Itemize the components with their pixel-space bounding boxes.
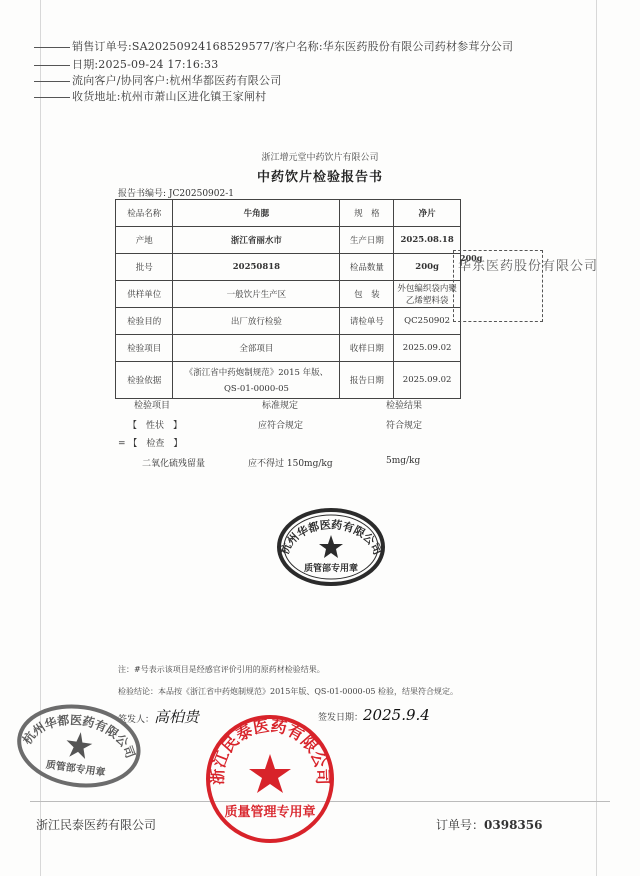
info-row: 检验项目全部项目收样日期2025.09.02 (116, 335, 461, 362)
result-item-result: 符合规定 (386, 418, 422, 431)
row-label: 检验依据 (116, 362, 173, 399)
date-line: 日期:2025-09-24 17:16:33 (34, 56, 218, 72)
row-value: 净片 (394, 200, 461, 227)
report-info-table: 检品名称牛角腮规 格净片产地浙江省丽水市生产日期2025.08.18批号2025… (115, 199, 461, 399)
info-row: 供样单位一般饮片生产区包 装外包编织袋内聚乙烯塑料袋 (116, 281, 461, 308)
row-label: 包 装 (340, 281, 394, 308)
scan-edge-right (596, 0, 597, 876)
huadu-quality-stamp: 杭州华都医药有限公司 质管部专用章 (275, 505, 387, 587)
row-value: 200g (394, 254, 461, 281)
row-value: 2025.08.18 (394, 227, 461, 254)
row-label: 报告日期 (340, 362, 394, 399)
issuer-signature: 高柏贵 (154, 708, 199, 726)
huadong-partial-stamp: 华东医药股份有限公司 (458, 255, 598, 274)
row-value: QC250902 (394, 308, 461, 335)
row-label: 规 格 (340, 200, 394, 227)
report-title: 中药饮片检验报告书 (0, 166, 640, 185)
conclusion-text: 检验结论：本品按《浙江省中药炮制规范》2015年版、QS-01-0000-05 … (118, 686, 458, 697)
row-label: 批号 (116, 254, 173, 281)
result-item-result: 5mg/kg (386, 456, 420, 466)
info-row: 产地浙江省丽水市生产日期2025.08.18 (116, 227, 461, 254)
results-header-item: 检验项目 (134, 398, 170, 411)
info-row: 检品名称牛角腮规 格净片 (116, 200, 461, 227)
row-label: 检验项目 (116, 335, 173, 362)
svg-text:质量管理专用章: 质量管理专用章 (224, 804, 315, 820)
row-label: 产地 (116, 227, 173, 254)
info-row: 批号20250818检品数量200g (116, 254, 461, 281)
row-value: 出厂放行检验 (173, 308, 340, 335)
result-item-standard: 应不得过 150mg/kg (248, 456, 333, 469)
address-line: 收货地址:杭州市萧山区进化镇王家闸村 (34, 88, 266, 104)
row-value: 一般饮片生产区 (173, 281, 340, 308)
info-row: 检验目的出厂放行检验请检单号QC250902 (116, 308, 461, 335)
row-value: 外包编织袋内聚乙烯塑料袋 (394, 281, 461, 308)
row-value: 20250818 (173, 254, 340, 281)
note-text: 注：#号表示该项目是经感官评价引用的原药材检验结果。 (118, 664, 325, 675)
row-value: 2025.09.02 (394, 335, 461, 362)
huadu-quality-stamp-left: 杭州华都医药有限公司 质管部专用章 (9, 693, 150, 796)
row-value: 牛角腮 (173, 200, 340, 227)
sales-order-line: 销售订单号:SA20250924168529577/客户名称:华东医药股份有限公… (34, 38, 513, 54)
footer-company: 浙江民泰医药有限公司 (36, 816, 156, 833)
row-label: 检品名称 (116, 200, 173, 227)
row-label: 生产日期 (340, 227, 394, 254)
svg-text:质管部专用章: 质管部专用章 (45, 758, 106, 779)
results-header-standard: 标准规定 (262, 398, 298, 411)
result-item-name: 【 性状 】 (128, 418, 182, 431)
row-label: 检验目的 (116, 308, 173, 335)
report-number: 报告书编号: JC20250902-1 (118, 186, 234, 199)
issuing-company: 浙江增元堂中药饮片有限公司 (0, 150, 640, 163)
svg-text:质管部专用章: 质管部专用章 (304, 562, 358, 574)
row-value: 全部项目 (173, 335, 340, 362)
row-label: 供样单位 (116, 281, 173, 308)
results-header-result: 检验结果 (386, 398, 422, 411)
row-label: 请检单号 (340, 308, 394, 335)
row-label: 收样日期 (340, 335, 394, 362)
footer-order: 订单号：0398356 (436, 816, 542, 833)
customer-line: 流向客户/协同客户:杭州华都医药有限公司 (34, 72, 281, 88)
issue-date-handwritten: 2025.9.4 (363, 706, 430, 724)
info-row: 检验依据《浙江省中药炮制规范》2015 年版、QS-01-0000-05报告日期… (116, 362, 461, 399)
row-value: 2025.09.02 (394, 362, 461, 399)
result-item-standard: 应符合规定 (258, 418, 303, 431)
result-item-name: 二氧化硫残留量 (142, 456, 205, 469)
row-value: 浙江省丽水市 (173, 227, 340, 254)
mintai-quality-stamp: 浙江民泰医药有限公司 质量管理专用章 (203, 712, 337, 846)
row-label: 检品数量 (340, 254, 394, 281)
result-item-name: = 【 检查 】 (118, 436, 182, 449)
row-value: 《浙江省中药炮制规范》2015 年版、QS-01-0000-05 (173, 362, 340, 399)
